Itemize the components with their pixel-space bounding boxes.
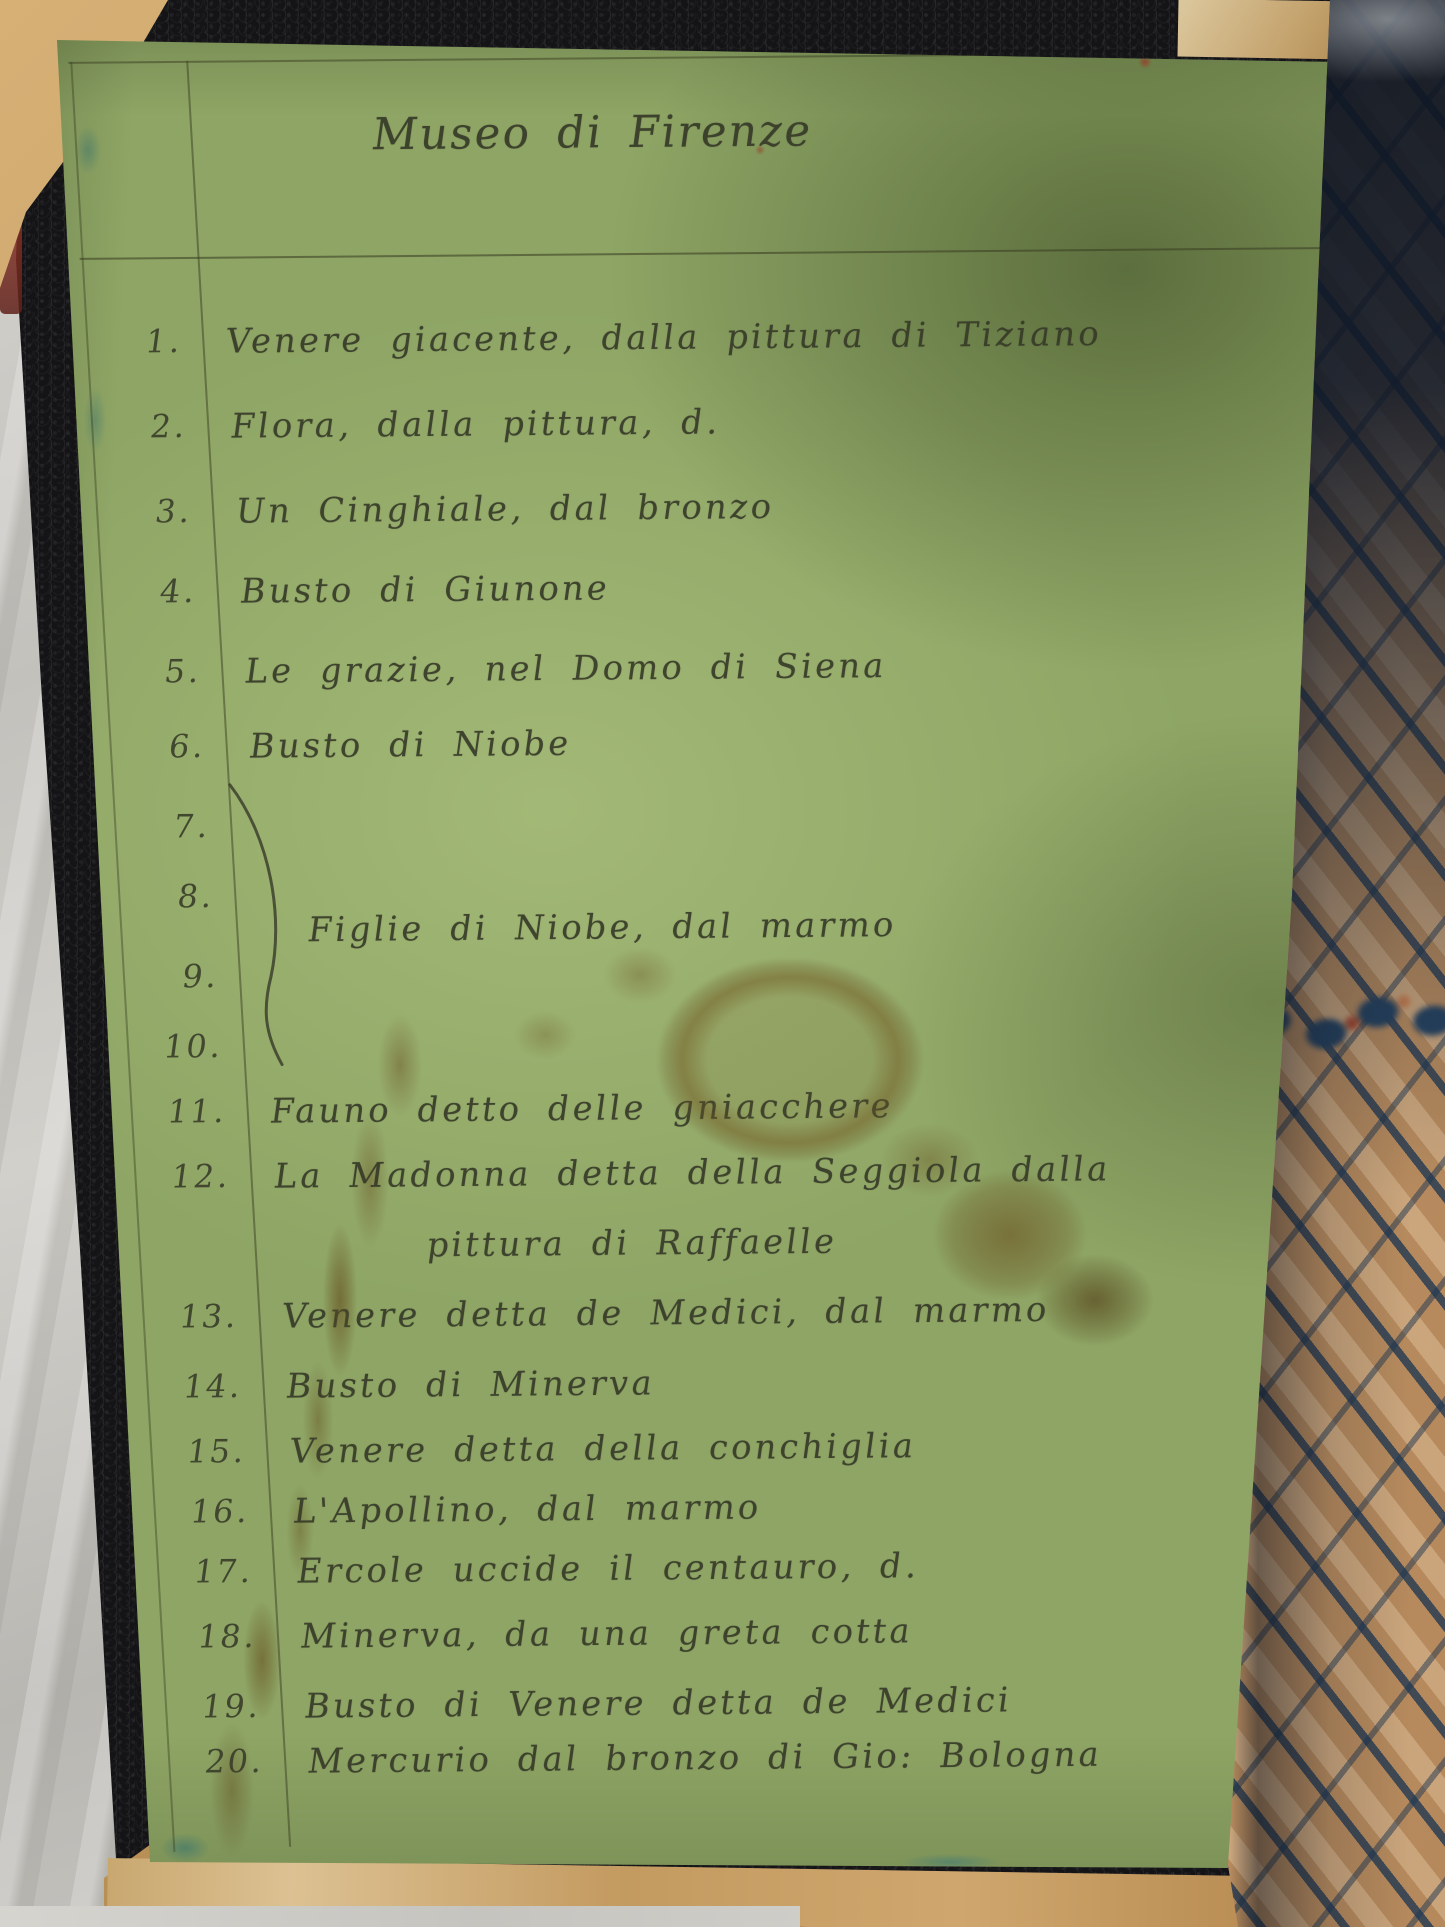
- item-number: 7.: [115, 807, 209, 846]
- list-item: 14.Busto di Minerva: [134, 1357, 1407, 1432]
- list-item: 11.Fauno detto delle gniacchere: [118, 1082, 1391, 1157]
- item-text: Venere detta de Medici, dal marmo: [281, 1290, 1050, 1337]
- list-item: 18.Minerva, da una greta cotta: [148, 1607, 1421, 1682]
- item-number: 10.: [128, 1027, 222, 1066]
- cloth-backdrop-bottom: [0, 1906, 800, 1927]
- item-number: 16.: [155, 1492, 249, 1531]
- item-number: 9.: [124, 957, 218, 996]
- list-item: 17.Ercole uccide il centauro, d.: [144, 1542, 1417, 1617]
- item-number: 19.: [166, 1687, 260, 1726]
- list-item: 2.Flora, dalla pittura, d.: [78, 397, 1351, 472]
- item-number: 15.: [151, 1432, 245, 1471]
- item-number: 1.: [87, 322, 181, 361]
- item-number: 17.: [158, 1552, 252, 1591]
- item-number: 14.: [148, 1367, 242, 1406]
- list-item: 4.Busto di Giunone: [88, 562, 1361, 637]
- item-text: Un Cinghiale, dal bronzo: [235, 487, 775, 532]
- vellum-patch-top-right: [1178, 0, 1351, 59]
- item-text: L'Apollino, dal marmo: [293, 1488, 763, 1532]
- manuscript-page: Museo di Firenze 1.Venere giacente, dall…: [0, 0, 1445, 1927]
- item-text: Venere giacente, dalla pittura di Tizian…: [225, 314, 1103, 362]
- item-number: 12.: [135, 1157, 229, 1196]
- list-item: 1.Venere giacente, dalla pittura di Tizi…: [73, 312, 1346, 387]
- item-text: La Madonna detta della Seggiola dalla: [273, 1149, 1111, 1196]
- item-text: Fauno detto delle gniacchere: [270, 1086, 895, 1131]
- item-text: Mercurio dal bronzo di Gio: Bologna: [307, 1735, 1103, 1782]
- item-text: Ercole uccide il centauro, d.: [296, 1546, 919, 1591]
- item-text: Minerva, da una greta cotta: [300, 1611, 914, 1656]
- item-number: 8.: [119, 877, 213, 916]
- item-text: Busto di Niobe: [249, 724, 573, 767]
- item-text: Venere detta della conchiglia: [289, 1426, 917, 1471]
- item-text: Le grazie, nel Domo di Siena: [244, 646, 887, 692]
- item-number: 20.: [169, 1742, 263, 1781]
- item-number: 6.: [111, 727, 205, 766]
- list-item: 5.Le grazie, nel Domo di Siena: [92, 642, 1365, 717]
- item-number: 4.: [102, 572, 196, 611]
- item-number: 5.: [106, 652, 200, 691]
- photo-of-manuscript: Museo di Firenze 1.Venere giacente, dall…: [0, 0, 1445, 1927]
- page-content: Museo di Firenze 1.Venere giacente, dall…: [57, 29, 1442, 1870]
- list-item: 13.Venere detta de Medici, dal marmo: [130, 1287, 1403, 1362]
- item-text: Flora, dalla pittura, d.: [230, 402, 721, 446]
- item-text: Busto di Giunone: [240, 568, 611, 611]
- item-text: Busto di Minerva: [285, 1363, 655, 1406]
- list-item: 3.Un Cinghiale, dal bronzo: [83, 482, 1356, 557]
- item-number: 13.: [143, 1297, 237, 1336]
- item-text: Busto di Venere detta de Medici: [304, 1680, 1013, 1726]
- item-number: 2.: [92, 407, 186, 446]
- item-number: 3.: [97, 492, 191, 531]
- list-item: 10.: [114, 1017, 1387, 1092]
- item-number: 18.: [162, 1617, 256, 1656]
- item-number: 11.: [132, 1092, 226, 1131]
- list-item: 12.La Madonna detta della Seggiola dalla: [121, 1147, 1394, 1222]
- group-label-7-10: Figlie di Niobe, dal marmo: [307, 905, 897, 950]
- item-text-wrap: pittura di Raffaelle: [425, 1222, 838, 1266]
